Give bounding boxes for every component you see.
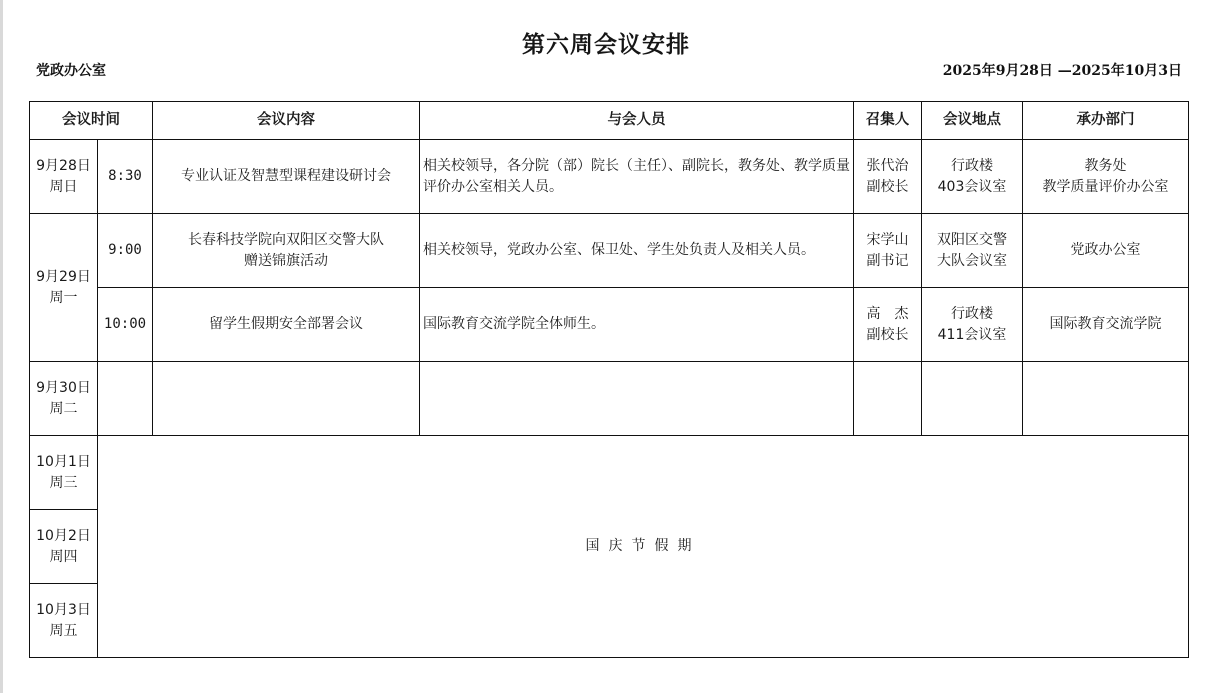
time-cell [98,362,153,436]
window-left-edge [0,0,3,693]
location-cell [922,362,1023,436]
department-cell: 国际教育交流学院 [1023,288,1189,362]
convener-name: 张代治 [857,156,918,177]
content-cell: 长春科技学院向双阳区交警大队 赠送锦旗活动 [153,214,420,288]
department-cell: 党政办公室 [1023,214,1189,288]
document-title: 第六周会议安排 [0,26,1212,59]
issuing-office: 党政办公室 [36,60,106,80]
date-cell: 10月3日 周五 [30,584,98,658]
weekday: 周三 [33,473,94,494]
location-cell: 行政楼 403会议室 [922,140,1023,214]
date-cell: 10月1日 周三 [30,436,98,510]
header-department: 承办部门 [1023,102,1189,140]
weekday: 周五 [33,621,94,642]
attendees-cell: 国际教育交流学院全体师生。 [420,288,854,362]
meeting-schedule-table: 会议时间 会议内容 与会人员 召集人 会议地点 承办部门 9月28日 周日 8:… [29,101,1189,658]
convener-name: 宋学山 [857,230,918,251]
attendees-cell: 相关校领导，党政办公室、保卫处、学生处负责人及相关人员。 [420,214,854,288]
convener-cell [854,362,922,436]
date-cell: 10月2日 周四 [30,510,98,584]
location-cell: 行政楼 411会议室 [922,288,1023,362]
header-convener: 召集人 [854,102,922,140]
date-cell: 9月30日 周二 [30,362,98,436]
department-cell: 教务处 教学质量评价办公室 [1023,140,1189,214]
weekday: 周二 [33,399,94,420]
location-line: 403会议室 [925,177,1019,198]
date: 9月30日 [33,378,94,399]
date: 10月2日 [33,526,94,547]
department-line: 教务处 [1026,156,1185,177]
convener-name: 高 杰 [857,304,918,325]
date: 10月3日 [33,600,94,621]
date-range: 2025年9月28日 —2025年10月3日 [943,60,1182,80]
location-line: 双阳区交警 [925,230,1019,251]
time-cell: 9:00 [98,214,153,288]
header-time: 会议时间 [30,102,153,140]
table-row: 9月28日 周日 8:30 专业认证及智慧型课程建设研讨会 相关校领导，各分院（… [30,140,1189,214]
header-row: 会议时间 会议内容 与会人员 召集人 会议地点 承办部门 [30,102,1189,140]
date: 9月28日 [33,156,94,177]
attendees-cell [420,362,854,436]
content-line: 长春科技学院向双阳区交警大队 [156,230,416,251]
table-row: 10月1日 周三 国庆节假期 [30,436,1189,510]
convener-cell: 张代治 副校长 [854,140,922,214]
content-line: 赠送锦旗活动 [156,251,416,272]
convener-cell: 高 杰 副校长 [854,288,922,362]
department-line: 教学质量评价办公室 [1026,177,1185,198]
convener-title: 副校长 [857,177,918,198]
content-cell: 留学生假期安全部署会议 [153,288,420,362]
table-row: 9月29日 周一 9:00 长春科技学院向双阳区交警大队 赠送锦旗活动 相关校领… [30,214,1189,288]
header-content: 会议内容 [153,102,420,140]
location-line: 行政楼 [925,304,1019,325]
attendees-cell: 相关校领导，各分院（部）院长（主任）、副院长，教务处、教学质量评价办公室相关人员… [420,140,854,214]
weekday: 周日 [33,177,94,198]
weekday: 周四 [33,547,94,568]
convener-title: 副书记 [857,251,918,272]
holiday-cell: 国庆节假期 [98,436,1189,658]
convener-title: 副校长 [857,325,918,346]
time-cell: 10:00 [98,288,153,362]
weekday: 周一 [33,288,94,309]
location-line: 411会议室 [925,325,1019,346]
date: 10月1日 [33,452,94,473]
department-cell [1023,362,1189,436]
header-attendees: 与会人员 [420,102,854,140]
content-cell: 专业认证及智慧型课程建设研讨会 [153,140,420,214]
date: 9月29日 [33,267,94,288]
table-row: 10:00 留学生假期安全部署会议 国际教育交流学院全体师生。 高 杰 副校长 … [30,288,1189,362]
date-cell: 9月29日 周一 [30,214,98,362]
time-cell: 8:30 [98,140,153,214]
convener-cell: 宋学山 副书记 [854,214,922,288]
location-cell: 双阳区交警 大队会议室 [922,214,1023,288]
header-location: 会议地点 [922,102,1023,140]
content-cell [153,362,420,436]
location-line: 大队会议室 [925,251,1019,272]
location-line: 行政楼 [925,156,1019,177]
date-cell: 9月28日 周日 [30,140,98,214]
table-row: 9月30日 周二 [30,362,1189,436]
